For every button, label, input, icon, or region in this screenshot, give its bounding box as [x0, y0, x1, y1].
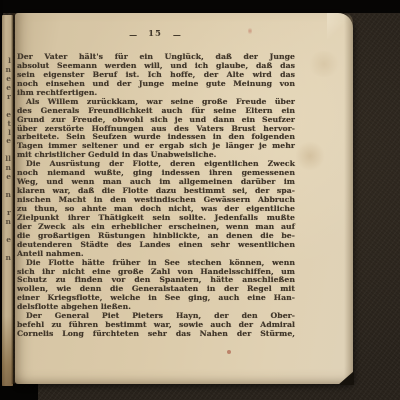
header-dash-right: —	[173, 31, 181, 39]
paper-stain	[307, 51, 341, 77]
red-speck-stain	[227, 350, 231, 354]
right-page-edge	[344, 13, 353, 384]
text-line: Cornelis Long fürchteten sehr das Nahen …	[17, 330, 295, 339]
header-dash-left: —	[129, 31, 137, 39]
top-black-band	[0, 0, 400, 13]
page-number: 15	[148, 30, 162, 39]
scanned-book-photo: lneeretlellnenrnen — 15 — Der Vater hält…	[0, 0, 400, 400]
page-text: Der Vater hält's für ein Unglück, daß de…	[17, 53, 295, 339]
page-number-header: — 15 —	[15, 30, 295, 39]
book-page: — 15 — Der Vater hält's für ein Unglück,…	[15, 13, 353, 384]
paper-stain	[295, 141, 325, 171]
